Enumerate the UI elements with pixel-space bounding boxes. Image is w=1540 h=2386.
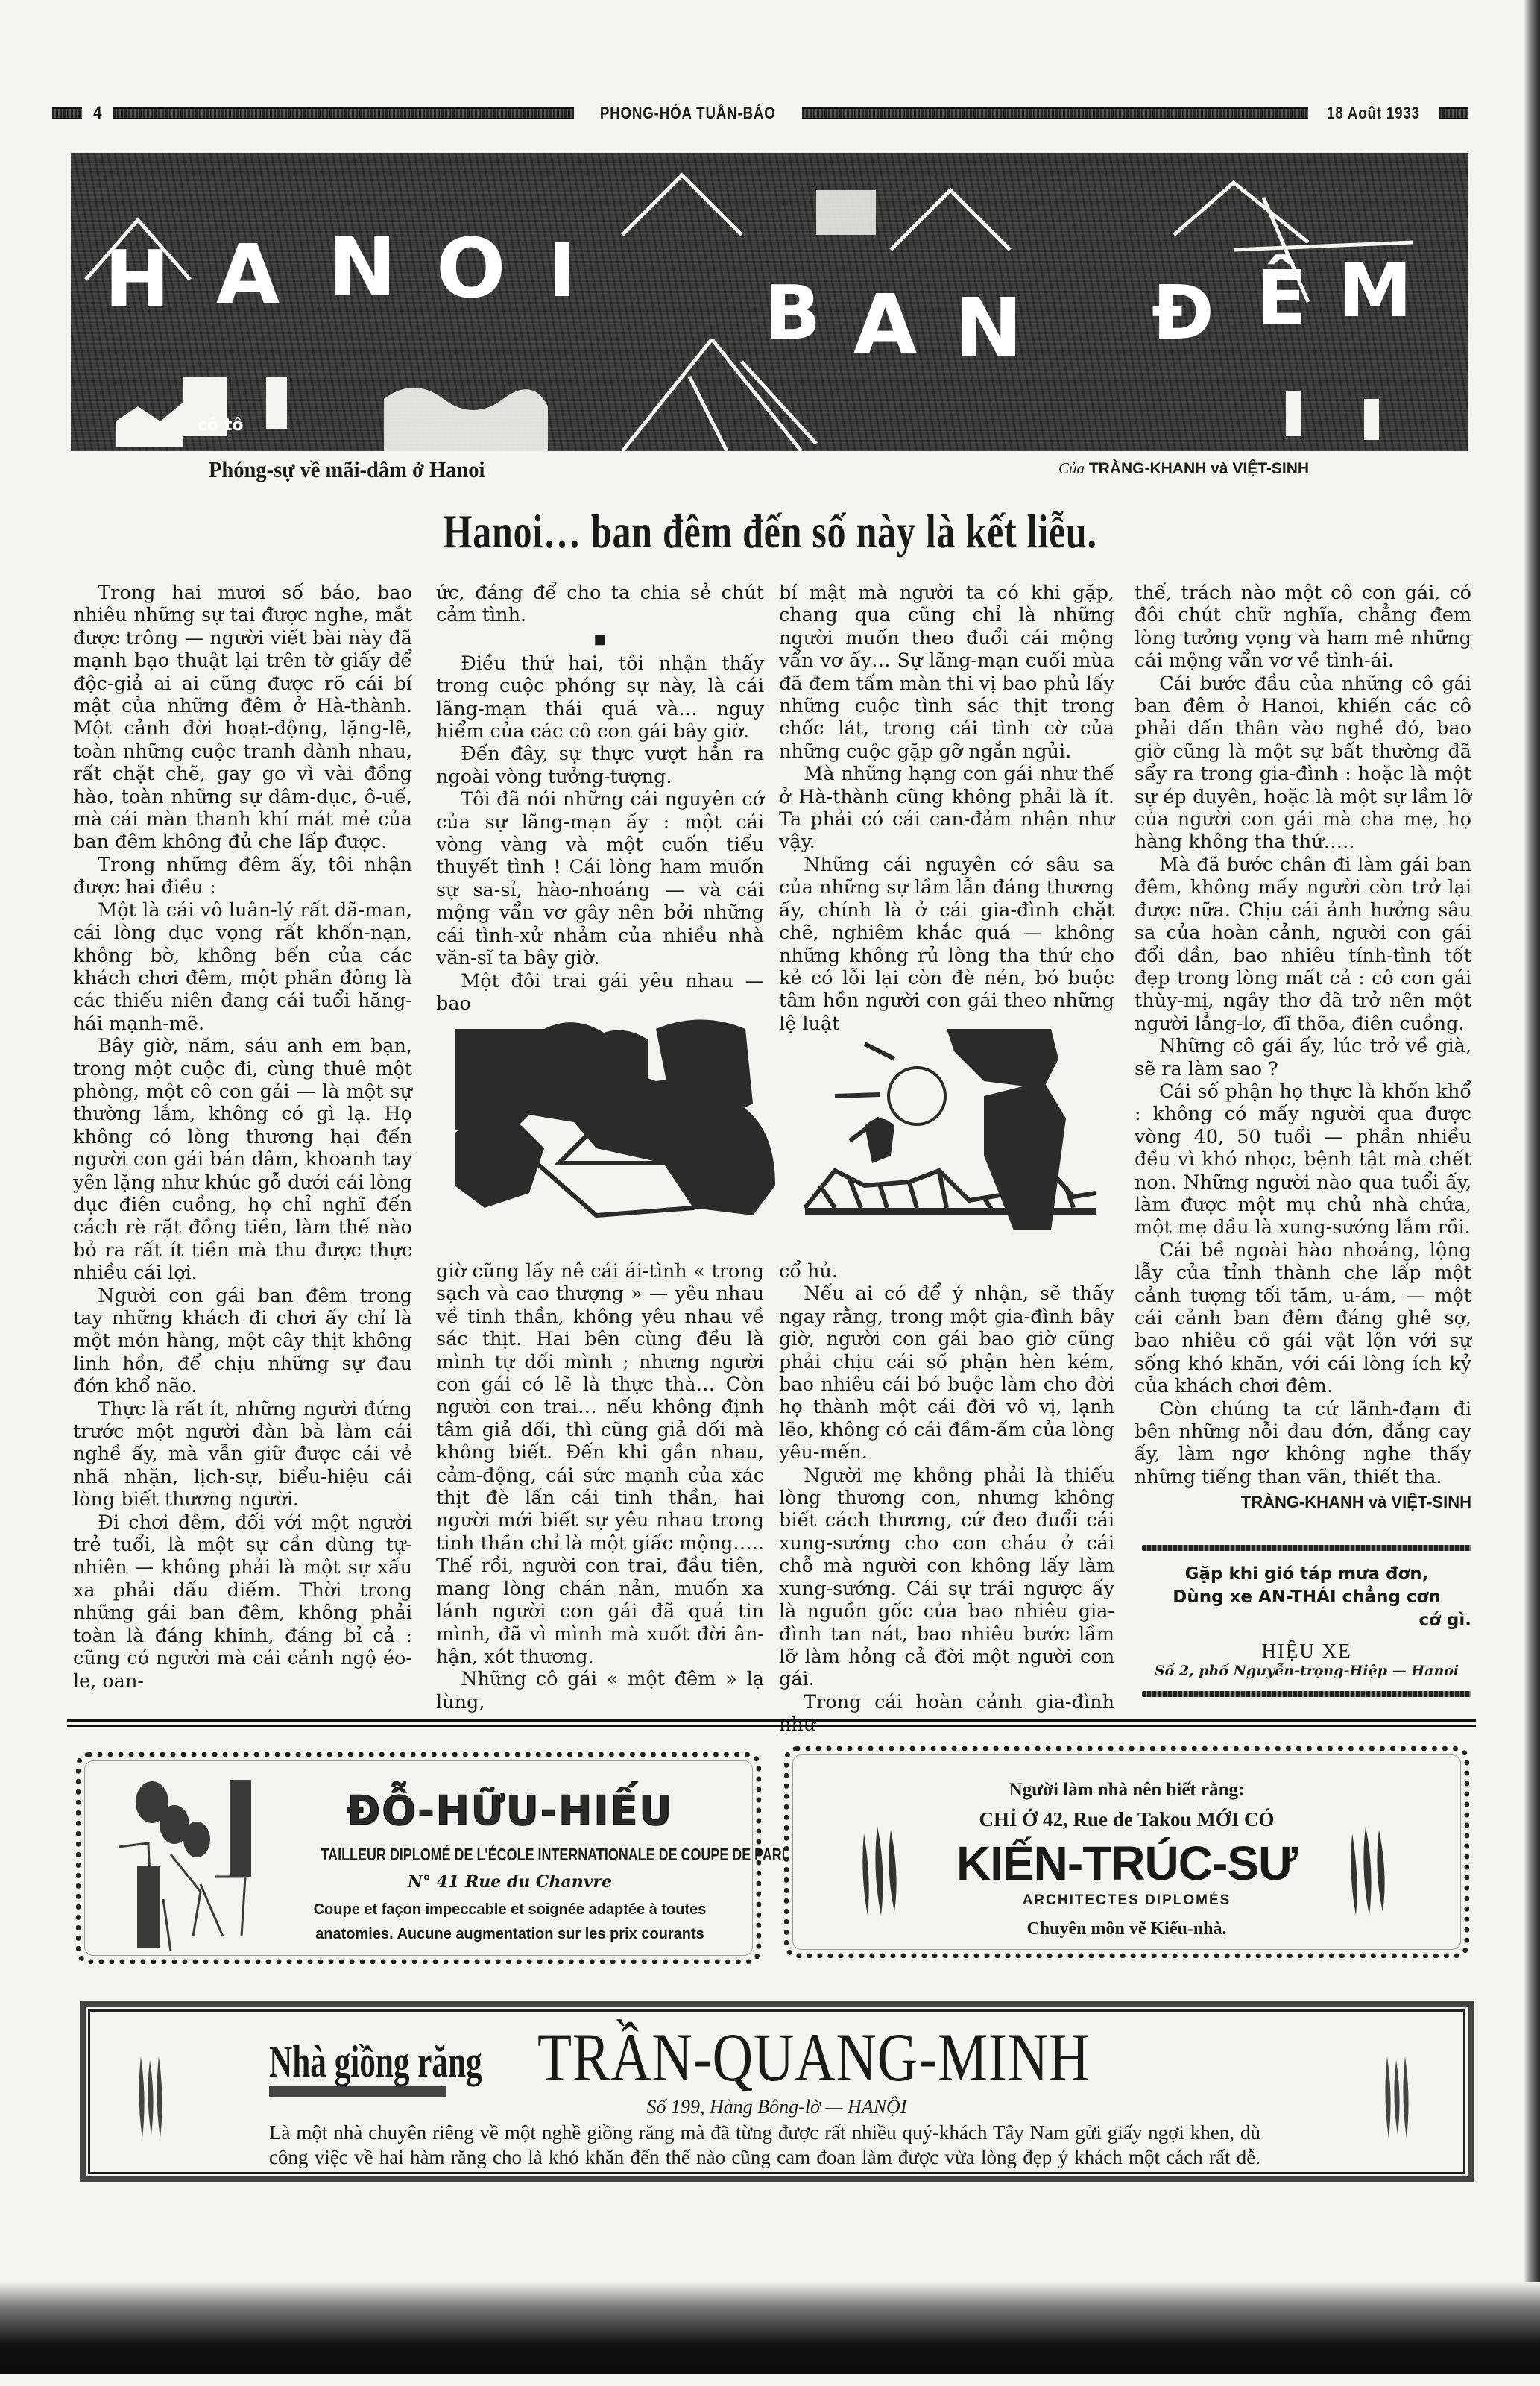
dentist-lead: Nhà giồng răng — [269, 2037, 446, 2097]
banner-woodcut-hanoi-ban-dem: H A N O I B A N Đ Ê M cô tô — [71, 153, 1468, 451]
article-column-2-continued: giờ cũng lấy nê cái ái-tình « trong sạch… — [436, 1260, 764, 1713]
slogan-line: cớ gì. — [1142, 1609, 1471, 1632]
ad-an-thai-car-rental: Gặp khi gió táp mưa đơn, Dùng xe AN-THÁI… — [1142, 1533, 1471, 1709]
ad-shop-name: HIỆU XE — [1142, 1640, 1471, 1663]
paragraph: Những cô gái ấy, lúc trở về già, sẽ ra l… — [1135, 1035, 1471, 1080]
scan-margin — [0, 2374, 1540, 2386]
article-column-4: thế, trách nào một cô con gái, có đôi ch… — [1135, 582, 1471, 1514]
article-column-3: bí mật mà người ta có khi gặp, chang qua… — [779, 582, 1114, 1035]
masthead-rule — [113, 107, 574, 119]
paragraph: Cái số phận họ thực là khốn khổ : không … — [1135, 1080, 1471, 1239]
ad-kien-truc-su: Người làm nhà nên biết rằng: CHỈ Ở 42, R… — [784, 1746, 1469, 1958]
architect-line-1: Người làm nhà nên biết rằng: — [789, 1780, 1464, 1801]
slogan-line: Gặp khi gió táp mưa đơn, — [1142, 1563, 1471, 1586]
article-signature: TRÀNG-KHANH và VIỆT-SINH — [1135, 1491, 1471, 1514]
paragraph: Một đôi trai gái yêu nhau — bao — [436, 970, 764, 1016]
article-column-1: Trong hai mươi số báo, bao nhiêu những s… — [73, 582, 412, 1693]
paragraph: Những cô gái « một đêm » lạ lùng, — [436, 1668, 764, 1713]
publication-name: PHONG-HÓA TUẦN-BÁO — [600, 104, 776, 123]
architect-line-2: CHỈ Ở 42, Rue de Takou MỚI CÓ — [789, 1808, 1464, 1831]
article-subtitle-row: Phóng-sự về mãi-dâm ở Hanoi Của TRÀNG-KH… — [209, 456, 1327, 486]
ad-dentist-tran-quang-minh: Nhà giồng răngTRẦN-QUANG-MINH Số 199, Hà… — [88, 2009, 1465, 2174]
banner-letter: M — [1338, 254, 1413, 328]
article-column-3-continued: cổ hủ. Nếu ai có để ý nhận, sẽ thấy ngay… — [779, 1260, 1114, 1737]
paragraph: Bây giờ, năm, sáu anh em bạn, trong một … — [73, 1035, 412, 1284]
dentist-body: Là một nhà chuyên riêng về một nghề giồn… — [269, 2121, 1260, 2170]
masthead-rule — [52, 107, 82, 119]
tailor-name: ĐỖ-HỮU-HIẾU — [268, 1787, 752, 1834]
dentist-name: TRẦN-QUANG-MINH — [537, 2018, 1090, 2097]
byline-prefix: Của — [1058, 459, 1085, 477]
byline: Của TRÀNG-KHANH và VIỆT-SINH — [1058, 459, 1309, 478]
paragraph: Người mẹ không phải là thiếu lòng thương… — [779, 1464, 1114, 1691]
description-line: anatomies. Aucune augmentation sur les p… — [268, 1922, 752, 1947]
paragraph: Cái bước đầu của những cô gái ban đêm ở … — [1135, 673, 1471, 854]
scan-edge-right — [1524, 0, 1540, 2386]
section-rule — [67, 1725, 1476, 1727]
banner-letter: A — [216, 233, 280, 315]
dentist-address: Số 199, Hàng Bông-lờ — HANỘI — [90, 2096, 1463, 2118]
dentist-heading: Nhà giồng răngTRẦN-QUANG-MINH — [269, 2018, 1211, 2097]
headline-text: Hanoi… ban đêm đến số này là kết liễu. — [443, 504, 1096, 559]
masthead-rule — [802, 107, 1309, 119]
scan-edge-bottom — [0, 2282, 1540, 2386]
byline-authors: TRÀNG-KHANH và VIỆT-SINH — [1089, 460, 1309, 477]
woodcut-house-bridge-illustration — [447, 1014, 1103, 1238]
banner-letter: A — [853, 283, 917, 365]
tailor-address: N° 41 Rue du Chanvre — [268, 1872, 752, 1892]
paragraph: Nếu ai có để ý nhận, sẽ thấy ngay rằng, … — [779, 1282, 1114, 1464]
issue-date: 18 Août 1933 — [1327, 104, 1420, 123]
article-headline: Hanoi… ban đêm đến số này là kết liễu. — [0, 504, 1540, 559]
paragraph: Trong hai mươi số báo, bao nhiêu những s… — [73, 582, 412, 854]
paragraph: Thực là rất ít, những người đứng trước m… — [73, 1398, 412, 1511]
banner-corner-label: cô tô — [198, 418, 243, 434]
tailor-figures-illustration — [111, 1780, 260, 1951]
tailor-ad-text: ĐỖ-HỮU-HIẾU TAILLEUR DIPLOMÉ DE L'ÉCOLE … — [268, 1787, 752, 1947]
banner-letter: O — [436, 227, 506, 309]
paragraph: Còn chúng ta cứ lãnh-đạm đi bên những nỗ… — [1135, 1398, 1471, 1489]
banner-letter: H — [104, 241, 170, 319]
slogan-line: Dùng xe AN-THÁI chẳng cơn — [1142, 1586, 1471, 1609]
banner-letter: N — [328, 226, 397, 308]
description-line: Coupe et façon impeccable et soignée ada… — [268, 1898, 752, 1922]
ad-slogan: Gặp khi gió táp mưa đơn, Dùng xe AN-THÁI… — [1142, 1563, 1471, 1632]
tailor-subtitle: TAILLEUR DIPLOMÉ DE L'ÉCOLE INTERNATIONA… — [321, 1845, 699, 1865]
chain-rule-divider — [1142, 1691, 1471, 1697]
paragraph: Trong cái hoàn cảnh gia-đình như — [779, 1691, 1114, 1737]
paragraph: Mà đã bước chân đi làm gái ban đêm, khôn… — [1135, 854, 1471, 1035]
paragraph: Tôi đã nói những cái nguyên cớ của sự lã… — [436, 788, 764, 969]
banner-letter: I — [548, 233, 575, 308]
paragraph: Cái bề ngoài hào nhoáng, lộng lẫy của tỉ… — [1135, 1239, 1471, 1398]
paragraph: Người con gái ban đêm trong tay những kh… — [73, 1285, 412, 1398]
architect-name: KIẾN-TRÚC-SƯ — [789, 1839, 1464, 1888]
paragraph: Một là cái vô luân-lý rất dã-man, cái lò… — [73, 899, 412, 1035]
series-label: Phóng-sự về mãi-dâm ở Hanoi — [209, 456, 485, 483]
tailor-description: Coupe et façon impeccable et soignée ada… — [268, 1898, 752, 1947]
chain-rule-divider — [1142, 1545, 1471, 1551]
banner-letter: Ê — [1256, 261, 1307, 336]
architect-ad-text: Người làm nhà nên biết rằng: CHỈ Ở 42, R… — [789, 1751, 1464, 1953]
paragraph: giờ cũng lấy nê cái ái-tình « trong sạch… — [436, 1260, 764, 1668]
article-column-2: ức, đáng để cho ta chia sẻ chút cảm tình… — [436, 582, 764, 1015]
banner-letter: B — [764, 276, 821, 350]
banner-letter: N — [954, 287, 1023, 369]
paragraph: Mà những hạng con gái như thế ở Hà-thành… — [779, 763, 1114, 854]
ad-tailor-do-huu-hieu: ĐỖ-HỮU-HIẾU TAILLEUR DIPLOMÉ DE L'ÉCOLE … — [76, 1752, 761, 1964]
paragraph: Những cái nguyên cớ sâu sa của những sự … — [779, 854, 1114, 1035]
banner-letter: Đ — [1152, 276, 1214, 350]
page-number: 4 — [93, 103, 102, 124]
section-rule — [67, 1719, 1476, 1722]
paragraph: Đến đây, sự thực vượt hẳn ra ngoài vòng … — [436, 743, 764, 788]
masthead: 4 PHONG-HÓA TUẦN-BÁO 18 Août 1933 — [52, 104, 1468, 122]
paragraph: Đi chơi đêm, đối với một người trẻ tuổi,… — [73, 1511, 412, 1693]
architect-line-3: Chuyên môn vẽ Kiểu-nhà. — [789, 1919, 1464, 1939]
paragraph: Trong những đêm ấy, tôi nhận được hai đi… — [73, 854, 412, 899]
paragraph: cổ hủ. — [779, 1260, 1114, 1282]
paragraph: bí mật mà người ta có khi gặp, chang qua… — [779, 582, 1114, 763]
paragraph: Điều thứ hai, tôi nhận thấy trong cuộc p… — [436, 652, 764, 743]
paragraph: thế, trách nào một cô con gái, có đôi ch… — [1135, 582, 1471, 673]
masthead-rule — [1439, 107, 1468, 119]
section-separator-icon: ■ — [436, 627, 764, 652]
ad-address: Số 2, phố Nguyễn-trọng-Hiệp — Hanoi — [1142, 1663, 1471, 1679]
paragraph: ức, đáng để cho ta chia sẻ chút cảm tình… — [436, 582, 764, 627]
architect-subtitle: ARCHITECTES DIPLOMÉS — [789, 1892, 1464, 1909]
